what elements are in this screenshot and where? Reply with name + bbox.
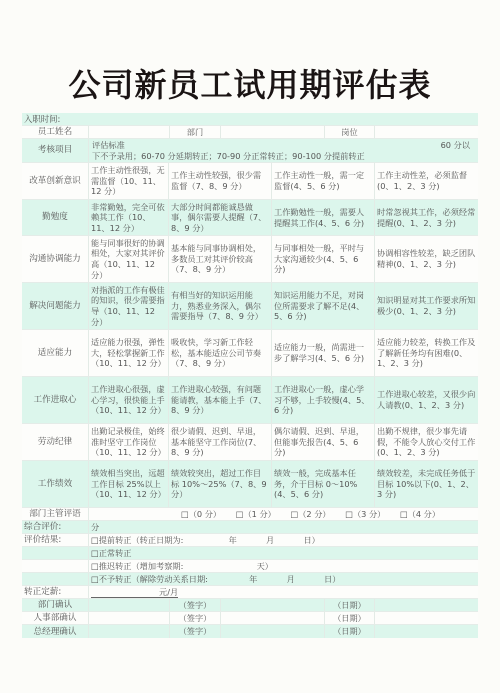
criteria-row: 沟通协调能力 能与同事很好的协调相处，大家对其评价高（10、11、12 分） 基… xyxy=(22,236,478,283)
date-label: （日期） xyxy=(325,599,375,611)
level-average: 工作勤勉性一般，需要人提醒其工作(4、5、6 分) xyxy=(272,200,375,235)
position-field[interactable] xyxy=(375,126,478,138)
level-poor: 工作主动性差，必须监督(0、1、2、3 分) xyxy=(375,163,478,199)
month-label: 月 xyxy=(266,535,274,545)
criteria-item: 劳动纪律 xyxy=(22,424,89,460)
overall-row: 综合评价: 分 xyxy=(22,521,478,534)
signature-space[interactable] xyxy=(221,612,325,624)
result-row: □正常转正 xyxy=(22,547,478,560)
month-label: 月 xyxy=(287,574,295,584)
level-good: 基本能与同事协调相处，多数员工对其评价较高（7、8、9 分） xyxy=(169,236,272,282)
confirm-label: 人事部确认 xyxy=(22,612,89,624)
year-label: 年 xyxy=(229,535,237,545)
criteria-header-row: 考核项目 评估标准 60 分以 下不予录用；60-70 分延期转正；70-90 … xyxy=(22,139,478,163)
employee-name-label: 员工姓名 xyxy=(22,126,89,138)
confirm-label: 部门确认 xyxy=(22,599,89,611)
score-option-4[interactable]: □（4 分） xyxy=(400,509,440,519)
level-average: 偶尔请假、迟到、早退，但能事先报告(4、5、6 分) xyxy=(272,424,375,460)
salary-label: 转正定薪: xyxy=(22,586,89,598)
signature-space[interactable] xyxy=(221,625,325,638)
date-label: （日期） xyxy=(325,612,375,624)
date-field[interactable] xyxy=(375,625,478,638)
confirm-row: 总经理确认 （签字） （日期） xyxy=(22,625,478,638)
level-good: 工作主动性较强，很少需监督（7、8、9 分） xyxy=(169,163,272,199)
level-good: 绩效较突出，超过工作目标 10%～25%（7、8、9 分） xyxy=(169,461,272,507)
criteria-row: 勤勉度 非常勤勉，完全可依赖其工作（10、11、12 分） 大部分时间都能诚恳做… xyxy=(22,200,478,236)
overall-value[interactable]: 分 xyxy=(89,521,478,533)
criteria-item: 沟通协调能力 xyxy=(22,236,89,282)
level-excellent: 非常勤勉，完全可依赖其工作（10、11、12 分） xyxy=(89,200,169,235)
level-poor: 出勤不规律，很少事先请假，不能令人放心交付工作(0、1、2、3 分) xyxy=(375,424,478,460)
criteria-row: 适应能力 适应能力很强，弹性大，轻松掌握新工作（10、11、12 分） 吸收快，… xyxy=(22,330,478,377)
result-option-normal[interactable]: □正常转正 xyxy=(89,547,478,559)
result-row: □推迟转正（增加考察期: 天） xyxy=(22,560,478,573)
level-average: 工作进取心一般，虚心学习不够，上手较慢(4、5、6 分) xyxy=(272,377,375,423)
day-label: 日） xyxy=(303,535,319,545)
entry-time-label: 入职时间: xyxy=(22,113,478,125)
sign-label: （签字） xyxy=(170,625,221,638)
entry-time-row: 入职时间: xyxy=(22,113,478,126)
signature-field[interactable] xyxy=(89,612,170,624)
supervisor-row: 部门主管评语 □（0 分） □（1 分） □（2 分） □（3 分） □（4 分… xyxy=(22,508,478,521)
result-option-early[interactable]: □提前转正（转正日期为: 年 月 日） xyxy=(89,534,478,546)
early-text: □提前转正（转正日期为: xyxy=(91,535,183,545)
level-excellent: 出勤记录极佳，始终准时坚守工作岗位（10、11、12 分） xyxy=(89,424,169,460)
level-excellent: 适应能力很强，弹性大，轻松掌握新工作（10、11、12 分） xyxy=(89,330,169,376)
salary-unit: 元/月 xyxy=(91,587,178,598)
evaluation-table: 入职时间: 员工姓名 部门 岗位 考核项目 评估标准 60 分以 下不予录用；6… xyxy=(22,113,478,638)
level-excellent: 绩效相当突出，远超工作目标 25%以上（10、11、12 分） xyxy=(89,461,169,507)
result-label: 评价结果: xyxy=(22,534,89,546)
item-header: 考核项目 xyxy=(22,139,89,162)
days-label: 天） xyxy=(257,561,273,571)
criteria-item: 适应能力 xyxy=(22,330,89,376)
level-poor: 适应能力较差，转换工作及了解新任务均有困难(0、1、2、3 分) xyxy=(375,330,478,376)
date-field[interactable] xyxy=(375,599,478,611)
score-option-0[interactable]: □（0 分） xyxy=(181,509,221,519)
criteria-item: 解决问题能力 xyxy=(22,283,89,329)
level-excellent: 工作进取心很强，虚心学习，很快能上手（10、11、12 分） xyxy=(89,377,169,423)
salary-field[interactable]: 元/月 xyxy=(89,586,478,598)
level-average: 与同事相处一般，平时与大家沟通较少(4、5、6 分) xyxy=(272,236,375,282)
criteria-item: 改革创新意识 xyxy=(22,163,89,199)
level-average: 适应能力一般，尚需进一步了解学习(4、5、6 分) xyxy=(272,330,375,376)
score-option-1[interactable]: □（1 分） xyxy=(236,509,276,519)
delay-text: □推迟转正（增加考察期: xyxy=(91,561,183,571)
year-label: 年 xyxy=(249,574,257,584)
reject-text: □不予转正（解除劳动关系日期: xyxy=(91,574,208,584)
result-option-delay[interactable]: □推迟转正（增加考察期: 天） xyxy=(89,560,478,572)
level-poor: 协调相容性较差，缺乏团队精神(0、1、2、3 分) xyxy=(375,236,478,282)
sign-label: （签字） xyxy=(170,612,221,624)
level-poor: 知识明显对其工作要求所知极少(0、1、2、3 分) xyxy=(375,283,478,329)
level-average: 绩效一般，完成基本任务，介于目标 0～10%(4、5、6 分) xyxy=(272,461,375,507)
level-average: 工作主动性一般，需一定监督(4、5、6 分) xyxy=(272,163,375,199)
overall-label: 综合评价: xyxy=(22,521,89,533)
level-good: 有相当好的知识运用能力，熟悉业务深入，偶尔需要指导（7、8、9 分） xyxy=(169,283,272,329)
result-row: 评价结果: □提前转正（转正日期为: 年 月 日） xyxy=(22,534,478,547)
criteria-row: 解决问题能力 对指派的工作有极佳的知识，很少需要指导（10、11、12 分） 有… xyxy=(22,283,478,330)
criteria-row: 工作绩效 绩效相当突出，远超工作目标 25%以上（10、11、12 分） 绩效较… xyxy=(22,461,478,508)
employee-info-row: 员工姓名 部门 岗位 xyxy=(22,126,478,139)
result-option-reject[interactable]: □不予转正（解除劳动关系日期: 年 月 日） xyxy=(89,573,478,585)
standard-threshold: 60 分以 xyxy=(125,140,476,151)
score-option-3[interactable]: □（3 分） xyxy=(345,509,385,519)
level-excellent: 对指派的工作有极佳的知识，很少需要指导（10、11、12 分） xyxy=(89,283,169,329)
supervisor-options: □（0 分） □（1 分） □（2 分） □（3 分） □（4 分） xyxy=(89,508,478,520)
signature-space[interactable] xyxy=(221,599,325,611)
level-poor: 绩效较差，未完成任务低于目标 10%以下(0、1、2、3 分) xyxy=(375,461,478,507)
score-option-2[interactable]: □（2 分） xyxy=(290,509,330,519)
department-label: 部门 xyxy=(170,126,221,138)
confirm-row: 人事部确认 （签字） （日期） xyxy=(22,612,478,625)
page-title: 公司新员工试用期评估表 xyxy=(0,60,500,106)
result-row: □不予转正（解除劳动关系日期: 年 月 日） xyxy=(22,573,478,586)
criteria-item: 工作绩效 xyxy=(22,461,89,507)
level-good: 工作进取心较强，有问题能请教，基本能上手（7、8、9 分） xyxy=(169,377,272,423)
level-poor: 工作进取心较差，又很少向人请教(0、1、2、3 分) xyxy=(375,377,478,423)
criteria-row: 劳动纪律 出勤记录极佳，始终准时坚守工作岗位（10、11、12 分） 很少请假、… xyxy=(22,424,478,461)
level-good: 吸收快，学习新工作轻松，基本能适应公司节奏（7、8、9 分） xyxy=(169,330,272,376)
confirm-row: 部门确认 （签字） （日期） xyxy=(22,599,478,612)
confirm-label: 总经理确认 xyxy=(22,625,89,638)
salary-row: 转正定薪: 元/月 xyxy=(22,586,478,599)
standard-title: 评估标准 xyxy=(92,140,125,151)
department-field[interactable] xyxy=(221,126,325,138)
level-good: 大部分时间都能诚恳做事，偶尔需要人提醒（7、8、9 分） xyxy=(169,200,272,235)
criteria-item: 工作进取心 xyxy=(22,377,89,423)
level-excellent: 能与同事很好的协调相处，大家对其评价高（10、11、12 分） xyxy=(89,236,169,282)
standard-rule: 下不予录用；60-70 分延期转正；70-90 分正常转正；90-100 分提前… xyxy=(92,151,476,162)
sign-label: （签字） xyxy=(170,599,221,611)
criteria-row: 工作进取心 工作进取心很强，虚心学习，很快能上手（10、11、12 分） 工作进… xyxy=(22,377,478,424)
level-good: 很少请假、迟到、早退，基本能坚守工作岗位(7、8、9 分) xyxy=(169,424,272,460)
position-label: 岗位 xyxy=(325,126,375,138)
supervisor-label: 部门主管评语 xyxy=(22,508,89,520)
level-excellent: 工作主动性很强，无需监督（10、11、12 分） xyxy=(89,163,169,199)
criteria-row: 改革创新意识 工作主动性很强，无需监督（10、11、12 分） 工作主动性较强，… xyxy=(22,163,478,200)
signature-field[interactable] xyxy=(89,599,170,611)
signature-field[interactable] xyxy=(89,625,170,638)
level-poor: 时常忽视其工作，必须经常提醒(0、1、2、3 分) xyxy=(375,200,478,235)
date-label: （日期） xyxy=(325,625,375,638)
standard-header: 评估标准 60 分以 下不予录用；60-70 分延期转正；70-90 分正常转正… xyxy=(89,139,478,162)
day-label: 日） xyxy=(324,574,340,584)
employee-name-field[interactable] xyxy=(89,126,170,138)
date-field[interactable] xyxy=(375,612,478,624)
level-average: 知识运用能力不足，对岗位所需要求了解不足(4、5、6 分) xyxy=(272,283,375,329)
criteria-item: 勤勉度 xyxy=(22,200,89,235)
